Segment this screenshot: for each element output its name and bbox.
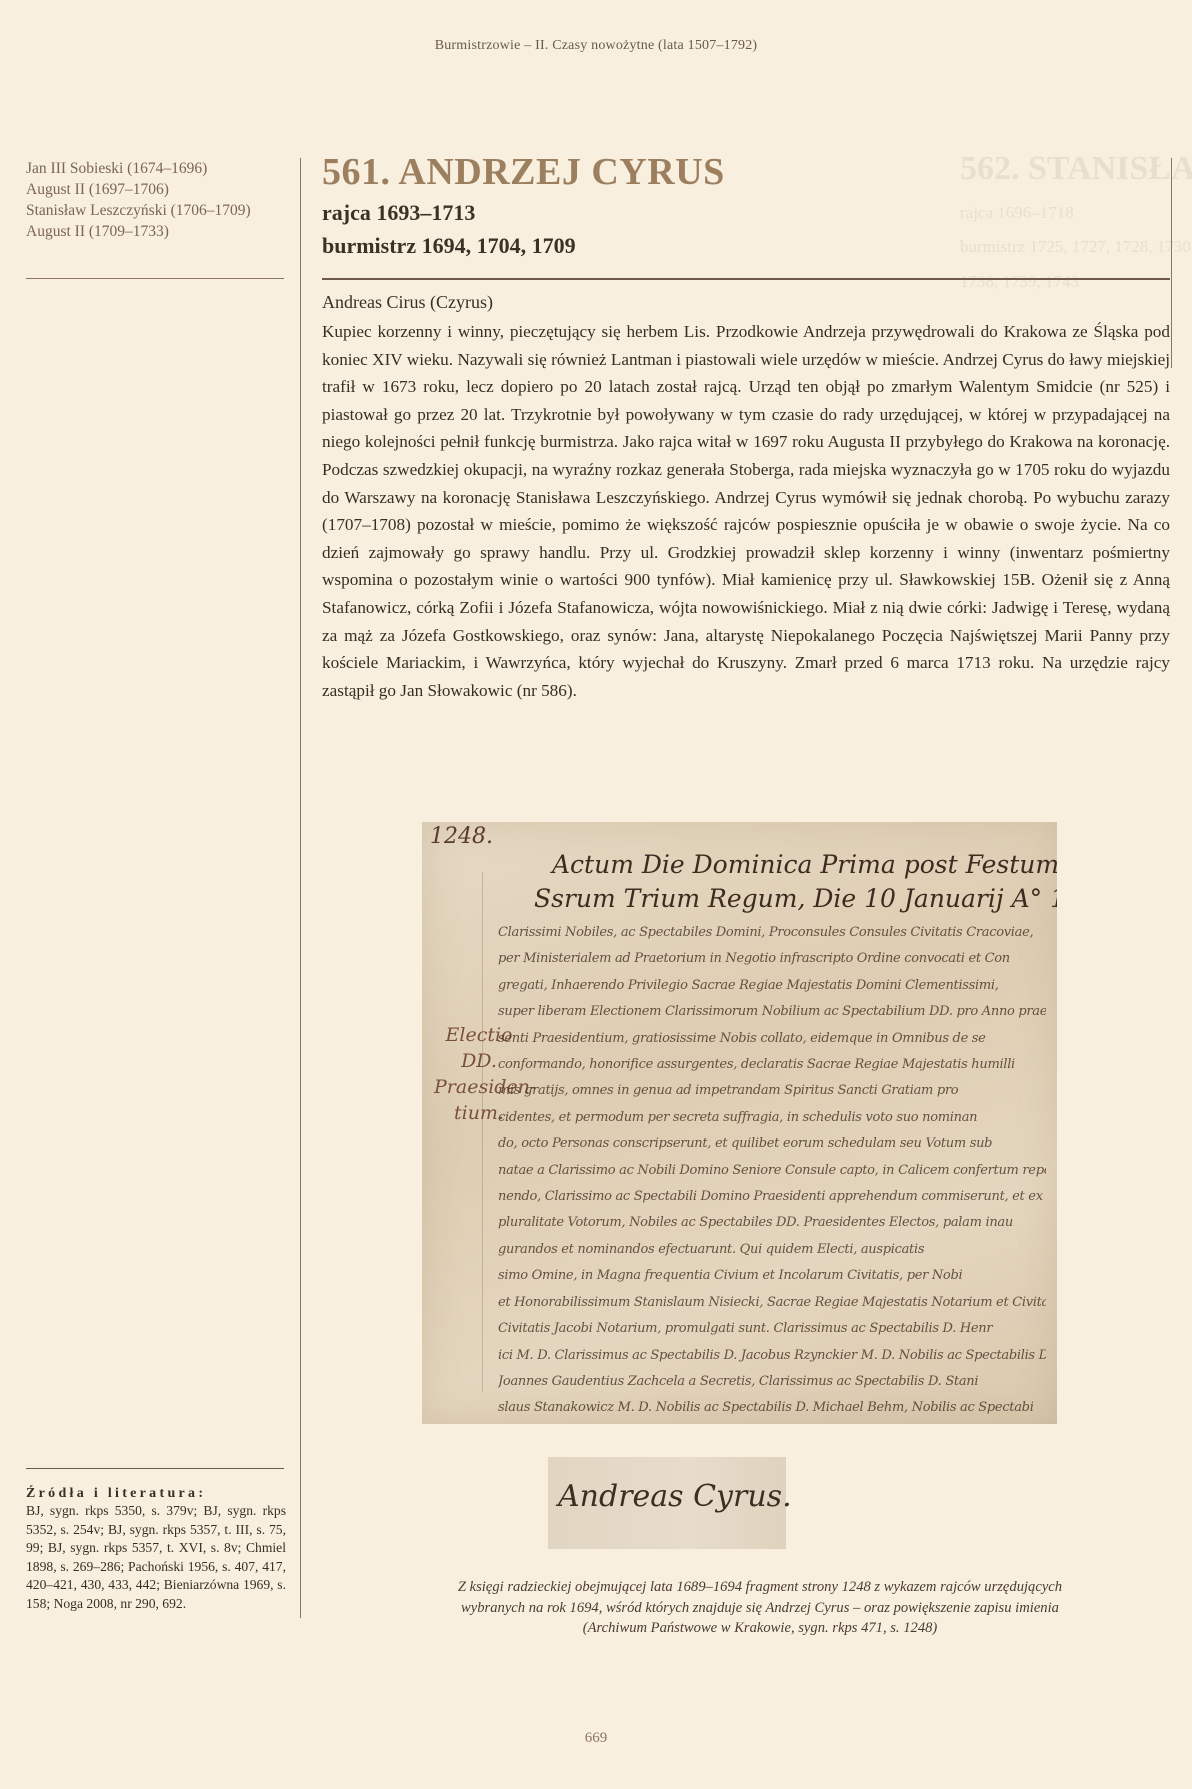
king-item: August II (1709–1733)	[26, 221, 286, 242]
manuscript-line: super liberam Electionem Clarissimorum N…	[498, 999, 1046, 1025]
sources-section: Źródła i literatura: BJ, sygn. rkps 5350…	[26, 1486, 286, 1613]
sources-divider	[26, 1468, 284, 1469]
manuscript-line: slaus Stanakowicz M. D. Nobilis ac Spect…	[498, 1395, 1046, 1421]
sidebar-divider	[26, 278, 284, 279]
manuscript-line: do, octo Personas conscripserunt, et qui…	[498, 1131, 1046, 1157]
manuscript-line: conformando, honorifice assurgentes, dec…	[498, 1052, 1046, 1078]
manuscript-line: pluralitate Votorum, Nobiles ac Spectabi…	[498, 1210, 1046, 1236]
caption-line: (Archiwum Państwowe w Krakowie, sygn. rk…	[360, 1618, 1160, 1639]
ghost-next-entry-line: rajca 1696–1718	[960, 203, 1074, 223]
signature-enlargement: Andreas Cyrus.	[548, 1457, 786, 1549]
manuscript-line: gurandos et nominandos efectuarunt. Qui …	[498, 1237, 1046, 1263]
manuscript-line: ici M. D. Clarissimus ac Spectabilis D. …	[498, 1343, 1046, 1369]
ghost-next-entry-title: 562. STANISŁAW	[960, 150, 1192, 188]
manuscript-image: 1248. Actum Die Dominica Prima post Fest…	[422, 822, 1057, 1424]
manuscript-line: D. Paulus Joannes Zyznickier a Secretis.…	[498, 1422, 1046, 1424]
sources-body: BJ, sygn. rkps 5350, s. 379v; BJ, sygn. …	[26, 1502, 286, 1613]
king-item: Jan III Sobieski (1674–1696)	[26, 158, 286, 179]
manuscript-line: et Honorabilissimum Stanislaum Nisiecki,…	[498, 1290, 1046, 1316]
king-item: Stanisław Leszczyński (1706–1709)	[26, 200, 286, 221]
manuscript-line: mis gratijs, omnes in genua ad impetrand…	[498, 1078, 1046, 1104]
ghost-next-entry-line: burmistrz 1725, 1727, 1728, 1730, 1731	[960, 237, 1192, 257]
manuscript-line: cidentes, et permodum per secreta suffra…	[498, 1105, 1046, 1131]
manuscript-line: Joannes Gaudentius Zachcela a Secretis, …	[498, 1369, 1046, 1395]
manuscript-line: natae a Clarissimo ac Nobili Domino Seni…	[498, 1158, 1046, 1184]
sidebar-reigning-kings: Jan III Sobieski (1674–1696) August II (…	[26, 158, 286, 242]
running-head: Burmistrzowie – II. Czasy nowożytne (lat…	[0, 38, 1192, 54]
column-divider	[300, 158, 301, 1618]
page-number: 669	[0, 1730, 1192, 1747]
entry-office-burmistrz: burmistrz 1694, 1704, 1709	[322, 233, 576, 259]
king-item: August II (1697–1706)	[26, 179, 286, 200]
caption-line: Z księgi radzieckiej obejmującej lata 16…	[360, 1577, 1160, 1598]
right-edge-divider	[1171, 158, 1172, 368]
figure-caption: Z księgi radzieckiej obejmującej lata 16…	[360, 1577, 1160, 1639]
manuscript-ruled-margin	[482, 872, 483, 1392]
manuscript-line: simo Omine, in Magna frequentia Civium e…	[498, 1263, 1046, 1289]
manuscript-text: Clarissimi Nobiles, ac Spectabiles Domin…	[498, 920, 1046, 1424]
signature-text: Andreas Cyrus.	[558, 1479, 792, 1514]
manuscript-line: Civitatis Jacobi Notarium, promulgati su…	[498, 1316, 1046, 1342]
manuscript-heading: Ssrum Trium Regum, Die 10 Januarij A° 16…	[534, 884, 1057, 913]
manuscript-line: senti Praesidentium, gratiosissime Nobis…	[498, 1026, 1046, 1052]
entry-office-rajca: rajca 1693–1713	[322, 200, 475, 226]
manuscript-page-number: 1248.	[430, 824, 493, 849]
manuscript-line: gregati, Inhaerendo Privilegio Sacrae Re…	[498, 973, 1046, 999]
title-divider	[322, 278, 1170, 280]
entry-title: 561. ANDRZEJ CYRUS	[322, 150, 725, 194]
biography-text: Kupiec korzenny i winny, pieczętujący si…	[322, 318, 1170, 704]
caption-line: wybranych na rok 1694, wśród których zna…	[360, 1598, 1160, 1619]
manuscript-line: per Ministerialem ad Praetorium in Negot…	[498, 946, 1046, 972]
manuscript-line: nendo, Clarissimo ac Spectabili Domino P…	[498, 1184, 1046, 1210]
latin-name: Andreas Cirus (Czyrus)	[322, 292, 493, 313]
sources-title: Źródła i literatura:	[26, 1486, 286, 1502]
ghost-next-entry-line: 1738, 1739, 1743	[960, 272, 1079, 292]
manuscript-heading: Actum Die Dominica Prima post Festum	[552, 850, 1057, 879]
manuscript-line: Clarissimi Nobiles, ac Spectabiles Domin…	[498, 920, 1046, 946]
